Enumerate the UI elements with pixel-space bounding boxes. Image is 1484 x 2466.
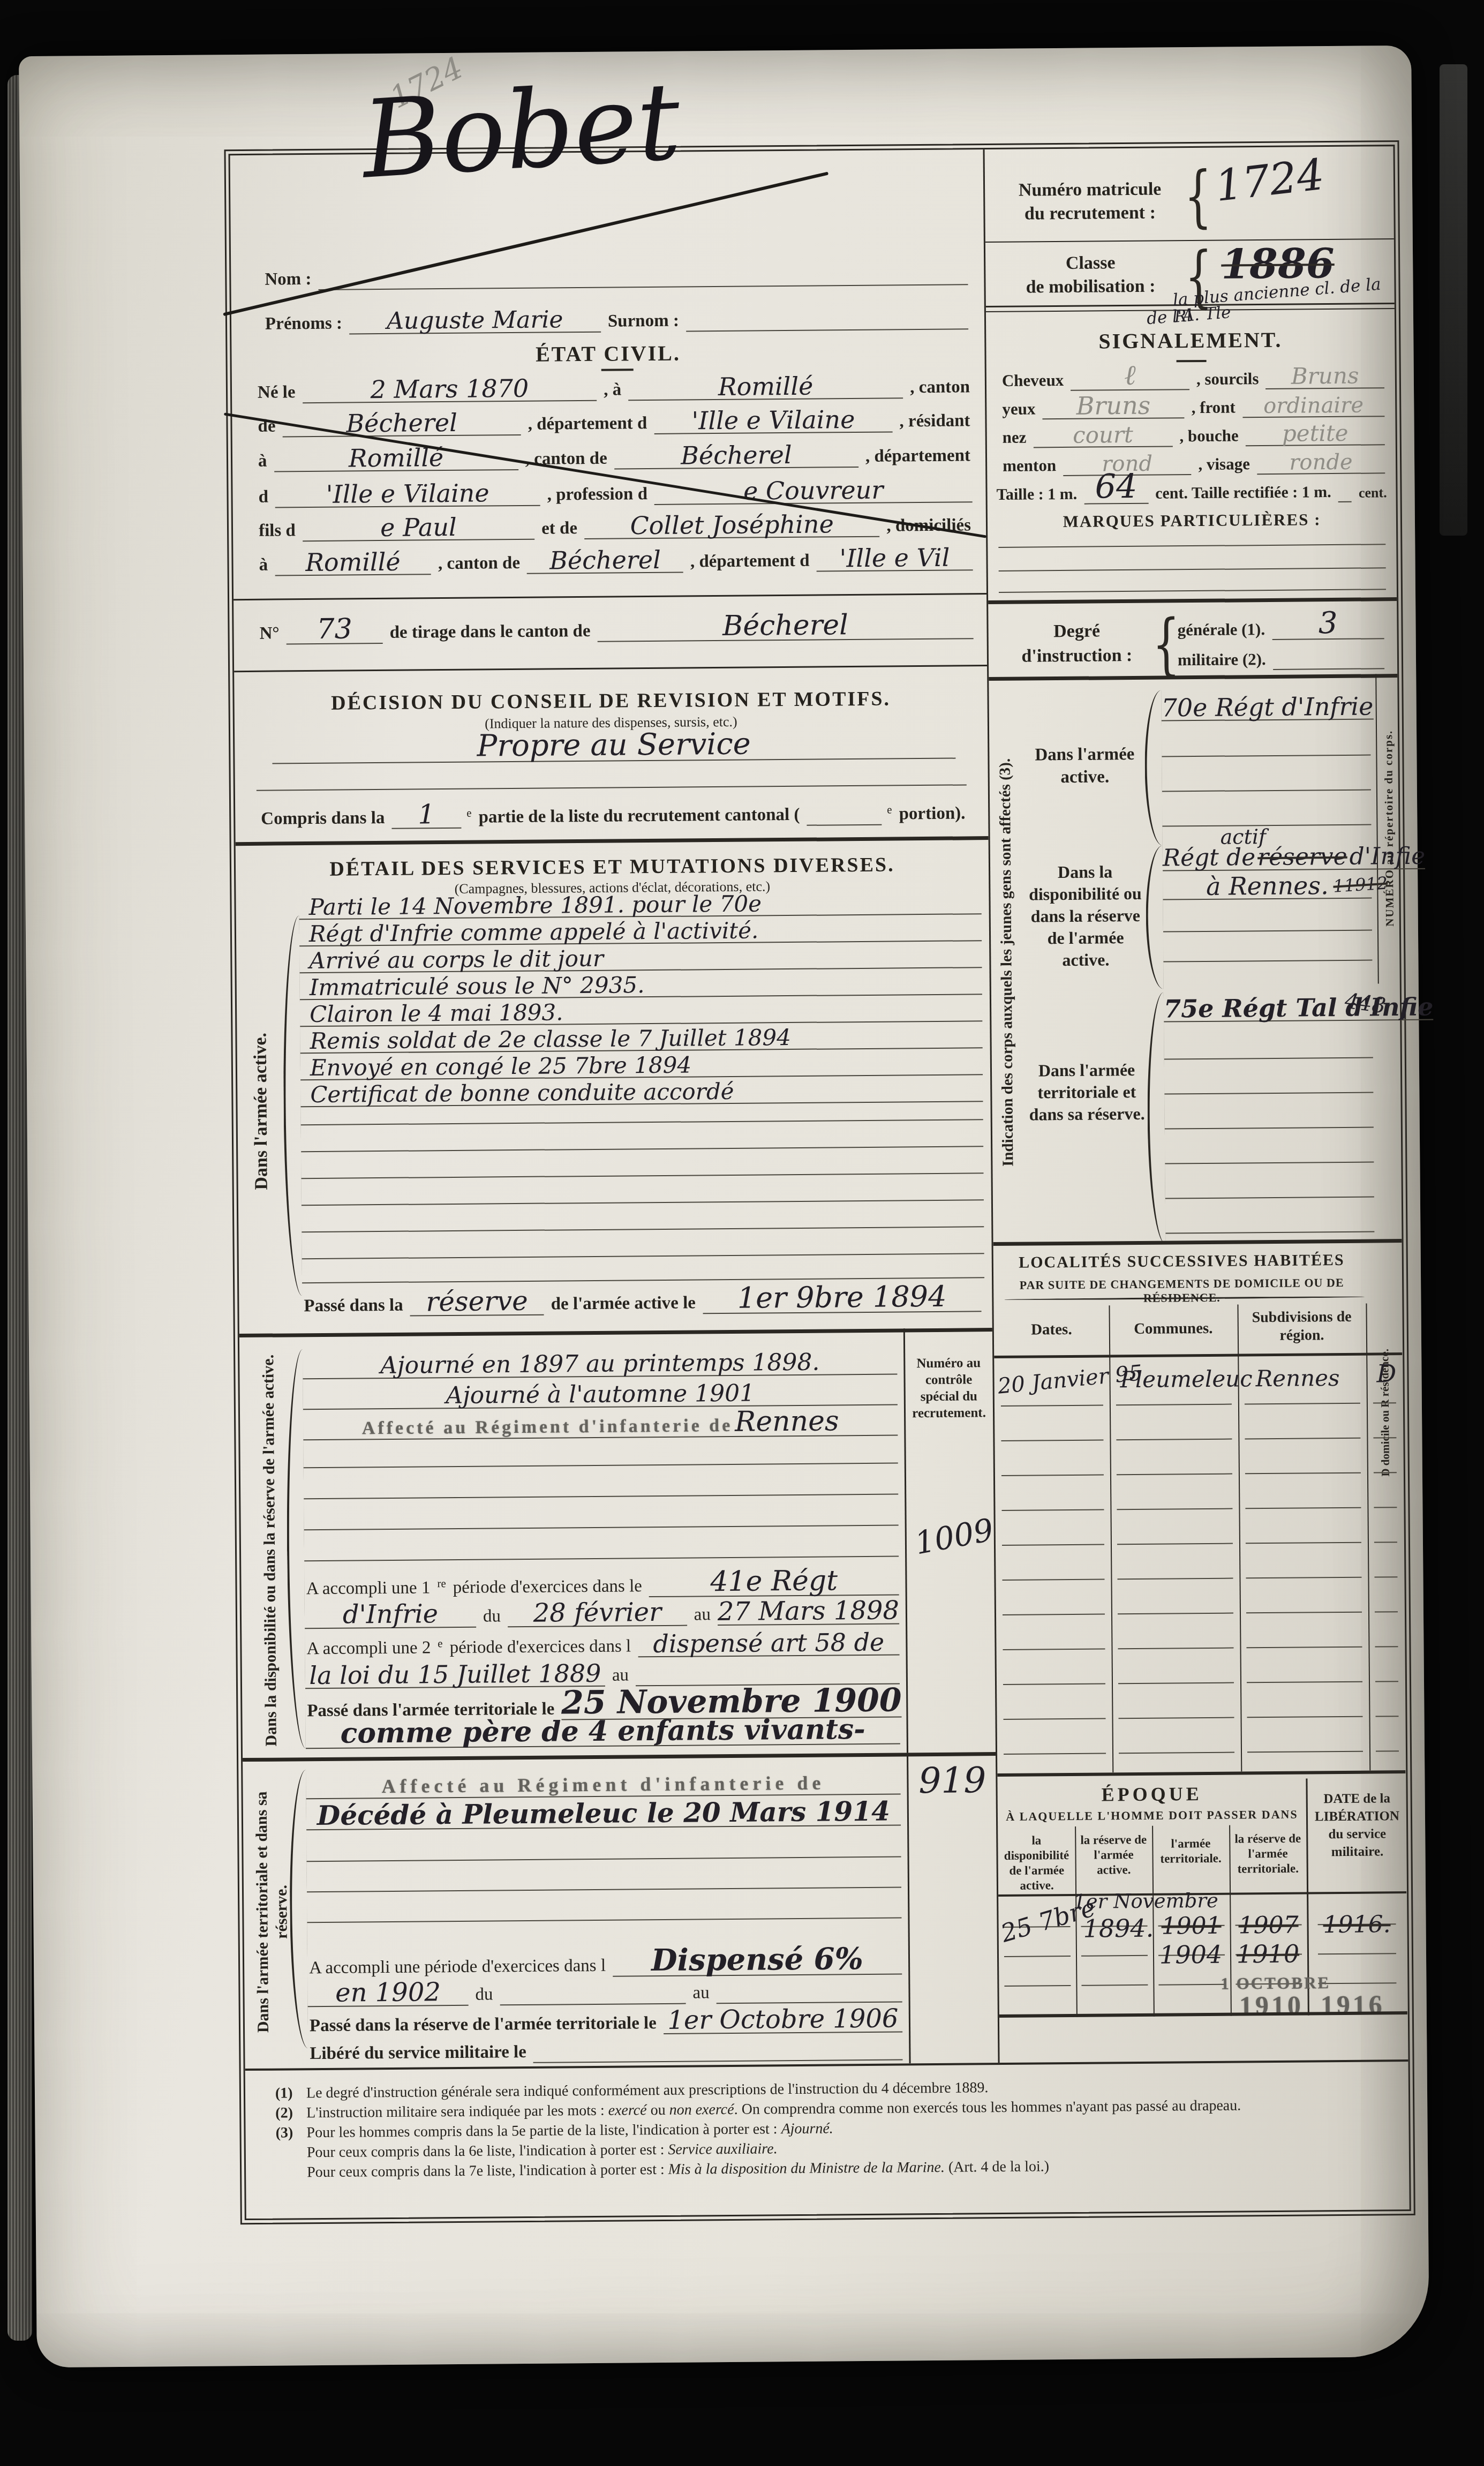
classe-value: 1886 [1221, 243, 1335, 285]
periode-value: d'Infrie [305, 1601, 476, 1629]
ec-label: , canton de [524, 449, 609, 470]
service-line-text: Immatriculé sous le N° 2935. [300, 974, 645, 999]
epoque-col1-header: la disponibilité de l'armée active. [1000, 1833, 1073, 1893]
section-rule-thick [236, 836, 989, 846]
dispo-stamp-value: Rennes [735, 1405, 839, 1438]
dispo-stamp: Affecté au Régiment d'infanterie de Renn… [303, 1407, 898, 1440]
sig-row-3: nez court , bouche petite [1001, 422, 1385, 448]
ec-value: Collet Joséphine [584, 512, 880, 539]
corps-active-label: Dans l'armée active. [1023, 743, 1146, 789]
sourcils-label: , sourcils [1195, 369, 1261, 390]
ruled-line [304, 1462, 898, 1468]
epoque-v2b: 1894. [1083, 1916, 1154, 1941]
compris-label: Compris dans la [259, 808, 386, 830]
form-columns: Nom : Prénoms : Auguste Marie Surnom : É… [230, 146, 1408, 2069]
terr-line-1: Décédé à Pleumeleuc le 20 Mars 1914 [306, 1799, 901, 1830]
section-rule-thick [989, 674, 1397, 681]
corps-terr-label: Dans l'armée territoriale et dans sa rés… [1023, 1059, 1151, 1126]
ec-label: , département [864, 446, 972, 468]
ec-label: et de [540, 518, 579, 540]
dispo-value: Ajourné en 1897 au printemps 1898. [303, 1350, 897, 1379]
section-rule [234, 665, 987, 672]
periode-label: A accompli une 2 [305, 1638, 432, 1660]
ec-value: Bécherel [527, 547, 683, 574]
ec-row-4: d 'Ille e Vilaine , profession d e Couvr… [257, 478, 972, 508]
table-empty-row [995, 1402, 1403, 1407]
document-page: 1724 Bobet Nom : Prénoms : Auguste Marie… [19, 46, 1429, 2367]
ruled-line [1163, 959, 1372, 962]
sig-row-taille: Taille : 1 m. 64 cent. Taille rectifiée … [995, 475, 1388, 505]
classe-note-2: de l'A. Tle [1146, 304, 1231, 327]
ruled-line [1165, 1196, 1374, 1199]
table-empty-row [997, 1646, 1405, 1650]
nom-label: Nom : [263, 269, 313, 291]
terr-blank [500, 1999, 686, 2006]
epoque-col4-header: la réserve de l'armée territoriale. [1231, 1831, 1305, 1877]
page-edge-sliver [1440, 64, 1467, 536]
epoque-v4-struck1: 1907 [1238, 1914, 1298, 1938]
ec-value: 'Ille e Vil [816, 545, 973, 572]
localites-table: Dates. Communes. Subdivisions de région.… [993, 1303, 1405, 1773]
numero-col-divider [903, 1328, 908, 1753]
ec-value: 'Ille e Vilaine [275, 480, 540, 508]
epoque-v2a: 1er Novembre [1073, 1891, 1218, 1912]
degre-generale-row: générale (1). 3 [1176, 613, 1384, 641]
bouche-label: , bouche [1178, 426, 1240, 447]
ec-row-1: Né le 2 Mars 1870 , à Romillé , canton [256, 373, 971, 403]
prenoms-label: Prénoms : [263, 314, 344, 335]
tirage-no-label: N° [258, 623, 281, 644]
surnom-line [686, 324, 968, 332]
localites-col-communes: Communes. [1109, 1319, 1238, 1338]
ruled-line [1163, 929, 1372, 932]
libere-blank [533, 2055, 903, 2063]
dispo-stamp-row: Affecté au Régiment d'infanterie de Renn… [303, 1409, 898, 1440]
corps-dispo-label: Dans la disponibilité ou dans la réserve… [1021, 861, 1150, 972]
ruled-line [304, 1555, 899, 1561]
table-empty-row [995, 1437, 1403, 1441]
terr-periode-row: A accompli une période d'exercices dans … [307, 1945, 902, 1979]
front-value: ordinaire [1242, 394, 1385, 418]
degre-label: Degréd'instruction : [1004, 619, 1149, 669]
ec-value: Romillé [274, 445, 518, 472]
table-empty-row [997, 1681, 1405, 1685]
ec-value: e Paul [303, 514, 535, 542]
periode-label: période d'exercices dans l [448, 1636, 632, 1659]
nom-row: Nom : [263, 259, 968, 290]
terr-passe-reserve-row: Passé dans la réserve de l'armée territo… [308, 2005, 902, 2037]
numero-col-divider [907, 1753, 911, 2063]
table-empty-row [996, 1576, 1404, 1581]
corps-active-value: 70e Régt d'Infrie [1162, 694, 1374, 721]
decision-title: DÉCISION DU CONSEIL DE REVISION ET MOTIF… [234, 686, 987, 716]
ruled-line [257, 784, 967, 791]
nom-line [319, 280, 968, 290]
terr-periode-label: au [691, 1983, 711, 2004]
periode1-row-a: A accompli une 1re période d'exercices d… [304, 1568, 899, 1600]
terr-passe-value: 1er Octobre 1906 [664, 2005, 903, 2034]
table-empty-row [997, 1750, 1405, 1755]
front-label: , front [1190, 397, 1237, 418]
degre-militaire-blank [1273, 664, 1384, 670]
periode-label: du [481, 1606, 502, 1627]
epoque-v3: 1904 [1159, 1942, 1222, 1967]
table-empty-row [996, 1542, 1404, 1546]
ec-label: , département d [689, 551, 811, 573]
ruled-line [302, 1253, 984, 1259]
column-left: Nom : Prénoms : Auguste Marie Surnom : É… [230, 149, 1000, 2069]
periode-label: A accompli une 1 [304, 1578, 432, 1600]
passe-terr-value2: comme père de 4 enfants vivants- [306, 1715, 900, 1749]
corps-dispo-num: 11912 [1332, 875, 1388, 895]
ruled-line [307, 1886, 901, 1892]
compris-label: partie de la liste du recrutement canton… [477, 805, 802, 829]
footnote-marker: (3) [275, 2123, 306, 2142]
decision-value-row: Propre au Service [272, 731, 955, 764]
epoque-date-header: DATE de la LIBÉRATION du service militai… [1310, 1790, 1404, 1861]
terr-periode-label: du [473, 1984, 494, 2005]
ec-label: d [257, 487, 270, 508]
passe-value: réserve [410, 1288, 544, 1317]
terr-stamp-row: Affecté au Régiment d'infanterie de [306, 1769, 900, 1799]
passe-reserve-row: Passé dans la réserve de l'armée active … [302, 1284, 981, 1317]
sourcils-value: Bruns [1265, 364, 1384, 389]
ruled-line [301, 1146, 983, 1152]
ruled-line [302, 1172, 984, 1179]
localites-title: LOCALITÉS SUCCESSIVES HABITÉES [993, 1251, 1370, 1273]
tirage-label: de tirage dans le canton de [388, 621, 592, 644]
table-header-rule [994, 1352, 1402, 1358]
epoque-v3-struck: 1901 [1161, 1914, 1221, 1938]
tirage-no-value: 73 [286, 615, 382, 644]
prenoms-row: Prénoms : Auguste Marie Surnom : [263, 304, 968, 335]
compris-sup: e [466, 807, 472, 829]
ruled-line [307, 1917, 901, 1923]
compris-row: Compris dans la 1 e partie de la liste d… [259, 798, 964, 830]
ruled-line [302, 1226, 984, 1232]
epoque-subtitle: À LAQUELLE L'HOMME DOIT PASSER DANS [998, 1807, 1306, 1824]
matricule-label: Numéro matriculedu recrutement : [999, 177, 1181, 226]
ec-label: à [257, 555, 269, 576]
corps-terr-num: 448 [1344, 990, 1387, 1017]
periode1-row-b: d'Infrie du 28 février au 27 Mars 1898 [305, 1597, 899, 1629]
compris-label: portion). [898, 803, 967, 825]
ec-label: , département d [526, 413, 649, 435]
ruled-line [1162, 789, 1371, 792]
periode-sup: re [437, 1577, 446, 1599]
classe-label: Classede mobilisation : [999, 251, 1182, 299]
periode2-row-a: A accompli une 2e période d'exercices da… [305, 1628, 899, 1660]
marques-label: MARQUES PARTICULIÈRES : [988, 509, 1396, 532]
taille-label: Taille : 1 m. [995, 485, 1079, 505]
localites-row-subdiv: Rennes [1255, 1367, 1339, 1390]
taille-rect-label: cent. Taille rectifiée : 1 m. [1154, 483, 1333, 504]
visage-label: , visage [1196, 454, 1252, 475]
section-rule-thick [239, 1328, 992, 1337]
compris-value: 1 [391, 801, 461, 829]
degre-generale-label: générale (1). [1176, 620, 1267, 641]
visage-value: ronde [1257, 451, 1385, 475]
decision-value: Propre au Service [272, 728, 955, 764]
ruled-line [999, 589, 1386, 593]
terr-stamp: Affecté au Régiment d'infanterie de [306, 1771, 900, 1799]
localites-subtitle: PAR SUITE DE CHANGEMENTS DE DOMICILE OU … [993, 1276, 1370, 1307]
epoque-table: ÉPOQUE À LAQUELLE L'HOMME DOIT PASSER DA… [997, 1770, 1407, 2018]
name-signature: Bobet [359, 59, 684, 202]
cheveux-value: ℓ [1071, 361, 1189, 391]
passe-value: 1er 9bre 1894 [703, 1282, 982, 1314]
table-empty-row [996, 1611, 1404, 1615]
ec-label: , profession d [545, 484, 649, 506]
ec-value: 2 Mars 1870 [302, 375, 597, 403]
terr-passe-label: Passé dans la réserve de l'armée territo… [308, 2013, 658, 2037]
taille-cent-label: cent. [1357, 485, 1389, 502]
periode-label: au [692, 1605, 712, 1626]
passe-label: Passé dans la [302, 1296, 405, 1318]
epoque-col3-header: l'armée territoriale. [1154, 1836, 1227, 1867]
localites-col-subdiv: Subdivisions de région. [1240, 1308, 1364, 1345]
ruled-line [304, 1493, 898, 1499]
epoque-v5-struck: 1916. [1323, 1913, 1390, 1937]
terr-value: Décédé à Pleumeleuc le 20 Mars 1914 [306, 1798, 901, 1830]
degre-militaire-label: militaire (2). [1176, 650, 1268, 671]
sig-row-1: Cheveux ℓ , sourcils Bruns [1000, 365, 1384, 392]
ruled-line [1164, 1092, 1373, 1094]
ruled-line [1165, 1161, 1374, 1164]
numero-controle-header: Numéro au contrôle spécial du recrutemen… [908, 1355, 990, 1422]
corps-active-value-row: 70e Régt d'Infrie [1162, 691, 1370, 721]
yeux-value: Bruns [1042, 393, 1185, 419]
scanned-register-page: 1724 Bobet Nom : Prénoms : Auguste Marie… [0, 0, 1484, 2466]
terr-periode-value: Dispensé 6% [613, 1943, 902, 1976]
column-right: Numéro matriculedu recrutement : { 1724 … [985, 146, 1408, 2063]
tirage-row: N° 73 de tirage dans le canton de Bécher… [258, 611, 973, 644]
ec-label: , résidant [898, 411, 971, 432]
epoque-v5-stamp: 1916 [1321, 1989, 1385, 2020]
periode-label: période d'exercices dans le [451, 1576, 644, 1599]
ec-label: à [257, 452, 269, 472]
form-frame: Nom : Prénoms : Auguste Marie Surnom : É… [229, 145, 1411, 2220]
tirage-canton-value: Bécherel [597, 610, 973, 642]
etat-civil-title: ÉTAT CIVIL. [231, 338, 984, 369]
ruled-line [302, 1199, 984, 1206]
corps-dispo-struck: réserve [1257, 843, 1347, 871]
taille-rect-blank [1338, 497, 1352, 502]
ruled-line [1165, 1231, 1374, 1234]
brace: { [1184, 163, 1212, 230]
prenoms-value: Auguste Marie [349, 308, 601, 335]
table-empty-row [995, 1472, 1403, 1476]
corps-dispo-value-row: Régt de réserve d'Infie [1163, 843, 1372, 871]
ruled-line [307, 1856, 901, 1862]
periode-value: 41e Régt [649, 1566, 899, 1597]
ruled-line [1164, 1057, 1373, 1059]
corps-terr-value: 75e Régt Tal d'Infie [1164, 995, 1434, 1023]
ruled-line [999, 567, 1386, 572]
ec-label: Né le [256, 382, 297, 404]
epoque-v4-struck2: 1910 [1237, 1942, 1299, 1967]
libere-row: Libéré du service militaire le [308, 2034, 902, 2065]
territoriale-side-label: Dans l'armée territoriale et dans sa rés… [248, 1764, 296, 2059]
service-line-text: Parti le 14 Novembre 1891. pour le 70e [299, 892, 762, 919]
ec-row-2: de Bécherel , département d 'Ille e Vila… [256, 407, 971, 437]
nez-label: nez [1001, 427, 1028, 448]
ruled-line [1165, 1126, 1374, 1129]
periode-sup: e [438, 1637, 443, 1659]
section-rule-thick [993, 1239, 1402, 1246]
taille-value: 64 [1084, 470, 1148, 505]
ruled-line [301, 1119, 983, 1125]
ec-value: Romillé [275, 549, 431, 576]
passe-label: de l'armée active le [549, 1293, 697, 1315]
sig-row-4: menton rond , visage ronde [1001, 450, 1385, 477]
terr-blank [717, 1997, 902, 2004]
sig-row-2: yeux Bruns , front ordinaire [1000, 393, 1384, 420]
degre-generale-value: 3 [1272, 608, 1384, 640]
numero-controle-value: 1009 [913, 1514, 996, 1559]
footnote-marker: (1) [275, 2083, 306, 2103]
numero-controle-value-2: 919 [918, 1763, 986, 1799]
periode-value: 27 Mars 1898 [718, 1597, 899, 1626]
service-line-text: Clairon le 4 mai 1893. [300, 1001, 563, 1026]
epoque-col2-header: la réserve de l'armée active. [1077, 1832, 1150, 1878]
ec-label: , à [602, 380, 623, 401]
corps-side-left-label: Indication des corps auxquels les jeunes… [992, 680, 1021, 1245]
section-rule-thick [243, 1752, 996, 1762]
localites-col-dates: Dates. [994, 1320, 1109, 1339]
localites-col-dr: D domicile ou R résidence. [1372, 1307, 1398, 1517]
ec-label: fils d [257, 521, 297, 542]
terr-periode-label: A accompli une période d'exercices dans … [307, 1956, 607, 1979]
matricule-value: 1724 [1213, 153, 1326, 208]
nez-value: court [1033, 423, 1172, 448]
table-empty-row [999, 1982, 1407, 1987]
corps-side-right-label: NUMÉRO au répertoire du corps. [1377, 676, 1400, 980]
cheveux-label: Cheveux [1000, 371, 1066, 392]
footnotes: (1)Le degré d'instruction générale sera … [245, 2059, 1410, 2227]
compris-blank [807, 820, 882, 826]
ec-value: Romillé [628, 373, 903, 401]
menton-label: menton [1001, 456, 1058, 477]
section-rule-thick [988, 597, 1397, 604]
table-col-rule [1366, 1304, 1370, 1771]
compris-sup: e [887, 803, 892, 825]
service-line-text: Remis soldat de 2e classe le 7 Juillet 1… [300, 1026, 791, 1052]
periode-value: la loi du 15 Juillet 1889 [305, 1661, 605, 1689]
table-empty-row [997, 1716, 1405, 1720]
table-header-rule [1307, 1891, 1406, 1894]
services-lines: Parti le 14 Novembre 1891. pour le 70e R… [299, 888, 983, 1107]
ruled-line [1162, 824, 1371, 826]
ec-value: Bécherel [282, 410, 521, 437]
section-rule [233, 593, 986, 600]
dispo-line-1: Ajourné en 1897 au printemps 1898. [303, 1349, 897, 1379]
epoque-title: ÉPOQUE [997, 1782, 1306, 1807]
ec-row-3: à Romillé , canton de Bécherel , départe… [257, 442, 972, 472]
localites-row-commune: Pleumeleuc [1120, 1367, 1252, 1391]
libere-label: Libéré du service militaire le [308, 2042, 528, 2065]
ruled-line [1162, 754, 1370, 757]
ec-value: Bécherel [614, 442, 859, 470]
ec-label: , canton de [436, 553, 522, 575]
yeux-label: yeux [1000, 399, 1037, 420]
periode-value: 28 février [508, 1599, 687, 1628]
ruled-line [304, 1524, 899, 1530]
corps-dispo-value: Régt de réserve d'Infie [1163, 845, 1426, 871]
corps-terr-value-row: 75e Régt Tal d'Infie [1164, 993, 1373, 1022]
ruled-line [998, 544, 1385, 548]
ornament-dash [601, 369, 634, 371]
brace [1144, 690, 1162, 846]
footnote-marker: (2) [275, 2103, 306, 2123]
brace [1147, 993, 1166, 1244]
service-line-text: Envoyé en congé le 25 7bre 1894 [300, 1054, 691, 1079]
surnom-label: Surnom : [606, 311, 681, 333]
terr-periode-row-2: en 1902 du au [307, 1976, 902, 2007]
table-empty-row [995, 1507, 1403, 1511]
ec-value: 'Ille e Vilaine [654, 407, 893, 434]
signalement-title: SIGNALEMENT. [986, 326, 1395, 355]
service-line-text: Régt d'Infrie comme appelé à l'activité. [299, 919, 759, 945]
ec-row-6: à Romillé , canton de Bécherel , départe… [257, 546, 973, 576]
services-side-label: Dans l'armée active. [245, 921, 278, 1302]
terr-periode-value2: en 1902 [307, 1979, 468, 2007]
degre-militaire-row: militaire (2). [1176, 643, 1384, 671]
ec-label: , canton [908, 377, 971, 399]
localites-row-dr: D [1376, 1361, 1396, 1386]
epoque-v4-stamp2: 1910 [1239, 1990, 1304, 2021]
periode-value: dispensé art 58 de [638, 1629, 900, 1657]
service-line-text: Arrivé au corps le dit jour [299, 948, 604, 972]
bouche-value: petite [1246, 422, 1385, 446]
passe-territoriale-row-2: comme père de 4 enfants vivants- [306, 1718, 900, 1749]
service-line-text: Certificat de bonne conduite accordé [300, 1080, 734, 1106]
